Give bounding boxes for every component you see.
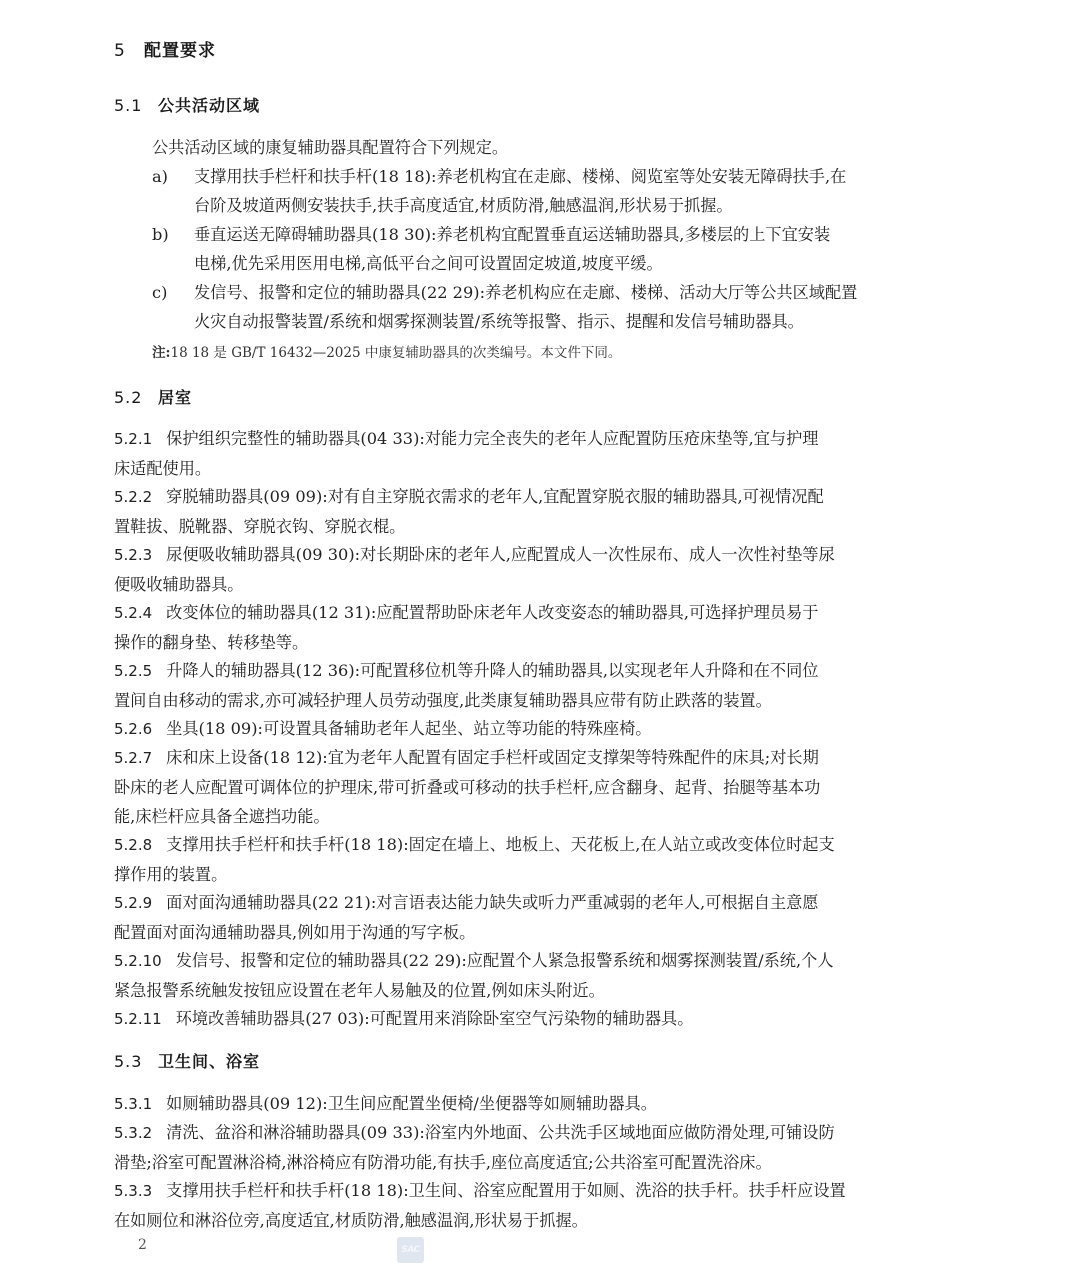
clause-number: 5.2.7: [114, 744, 152, 773]
clause-text-continued: 撑作用的装置。: [114, 860, 835, 889]
section-number: 5: [114, 41, 144, 61]
item-text-continued: 台阶及坡道两侧安装扶手,扶手高度适宜,材质防滑,触感温润,形状易于抓握。: [152, 191, 846, 220]
note-label: 注:: [152, 345, 170, 361]
note-text: 18 18 是 GB/T 16432—2025 中康复辅助器具的次类编号。本文件…: [170, 345, 621, 361]
subsection-number: 5.3: [114, 1052, 158, 1071]
item-letter: c): [152, 278, 194, 307]
subsection-heading-5-2: 5.2居室: [114, 385, 192, 408]
section-heading: 5配置要求: [114, 36, 216, 61]
clause-text-continued: 滑垫;浴室可配置淋浴椅,淋浴椅应有防滑功能,有扶手,座位高度适宜;公共浴室可配置…: [114, 1148, 835, 1177]
clause-5-2-6: 5.2.6坐具(18 09):可设置具备辅助老年人起坐、站立等功能的特殊座椅。: [114, 714, 651, 744]
clause-5-2-3: 5.2.3尿便吸收辅助器具(09 30):对长期卧床的老年人,应配置成人一次性尿…: [114, 540, 835, 599]
clause-text-continued: 便吸收辅助器具。: [114, 570, 835, 599]
clause-text: 面对面沟通辅助器具(22 21):对言语表达能力缺失或听力严重减弱的老年人,可根…: [166, 893, 818, 912]
clause-text: 改变体位的辅助器具(12 31):应配置帮助卧床老年人改变姿态的辅助器具,可选择…: [166, 603, 818, 622]
subsection-title: 公共活动区域: [158, 96, 260, 115]
clause-5-2-10: 5.2.10发信号、报警和定位的辅助器具(22 29):应配置个人紧急报警系统和…: [114, 946, 834, 1005]
clause-number: 5.2.2: [114, 483, 152, 512]
item-text: 垂直运送无障碍辅助器具(18 30):养老机构宜配置垂直运送辅助器具,多楼层的上…: [194, 225, 830, 244]
clause-text-continued: 床适配使用。: [114, 454, 819, 483]
clause-text: 如厕辅助器具(09 12):卫生间应配置坐便椅/坐便器等如厕辅助器具。: [166, 1094, 657, 1113]
intro-paragraph: 公共活动区域的康复辅助器具配置符合下列规定。: [152, 133, 508, 162]
subsection-title: 居室: [158, 388, 192, 407]
subsection-number: 5.2: [114, 388, 158, 407]
clause-number: 5.2.6: [114, 715, 152, 744]
clause-text: 发信号、报警和定位的辅助器具(22 29):应配置个人紧急报警系统和烟雾探测装置…: [176, 951, 834, 970]
subsection-title: 卫生间、浴室: [158, 1052, 260, 1071]
item-text: 发信号、报警和定位的辅助器具(22 29):养老机构应在走廊、楼梯、活动大厅等公…: [194, 283, 857, 302]
clause-text: 支撑用扶手栏杆和扶手杆(18 18):固定在墙上、地板上、天花板上,在人站立或改…: [166, 835, 835, 854]
section-title: 配置要求: [144, 41, 216, 61]
clause-text: 坐具(18 09):可设置具备辅助老年人起坐、站立等功能的特殊座椅。: [166, 719, 651, 738]
note: 注:18 18 是 GB/T 16432—2025 中康复辅助器具的次类编号。本…: [152, 341, 621, 361]
item-text-continued: 电梯,优先采用医用电梯,高低平台之间可设置固定坡道,坡度平缓。: [152, 249, 830, 278]
clause-number: 5.2.5: [114, 657, 152, 686]
clause-number: 5.2.3: [114, 541, 152, 570]
clause-text: 升降人的辅助器具(12 36):可配置移位机等升降人的辅助器具,以实现老年人升降…: [166, 661, 818, 680]
clause-text: 环境改善辅助器具(27 03):可配置用来消除卧室空气污染物的辅助器具。: [176, 1009, 694, 1028]
clause-text-continued: 操作的翻身垫、转移垫等。: [114, 628, 819, 657]
clause-5-3-2: 5.3.2清洗、盆浴和淋浴辅助器具(09 33):浴室内外地面、公共洗手区域地面…: [114, 1118, 835, 1177]
clause-5-2-7: 5.2.7床和床上设备(18 12):宜为老年人配置有固定手栏杆或固定支撑架等特…: [114, 743, 820, 831]
clause-text: 床和床上设备(18 12):宜为老年人配置有固定手栏杆或固定支撑架等特殊配件的床…: [166, 748, 819, 767]
clause-5-2-9: 5.2.9面对面沟通辅助器具(22 21):对言语表达能力缺失或听力严重减弱的老…: [114, 888, 819, 947]
clause-number: 5.3.2: [114, 1119, 152, 1148]
clause-number: 5.2.4: [114, 599, 152, 628]
document-page: 5配置要求 5.1公共活动区域 公共活动区域的康复辅助器具配置符合下列规定。 a…: [0, 0, 1080, 1273]
clause-text: 穿脱辅助器具(09 09):对有自主穿脱衣需求的老年人,宜配置穿脱衣服的辅助器具…: [166, 487, 823, 506]
item-letter: a): [152, 162, 194, 191]
clause-5-3-1: 5.3.1如厕辅助器具(09 12):卫生间应配置坐便椅/坐便器等如厕辅助器具。: [114, 1089, 657, 1119]
clause-number: 5.2.8: [114, 831, 152, 860]
clause-number: 5.3.1: [114, 1090, 152, 1119]
clause-number: 5.2.11: [114, 1005, 162, 1034]
clause-5-2-4: 5.2.4改变体位的辅助器具(12 31):应配置帮助卧床老年人改变姿态的辅助器…: [114, 598, 819, 657]
clause-number: 5.3.3: [114, 1177, 152, 1206]
item-text-continued: 火灾自动报警装置/系统和烟雾探测装置/系统等报警、指示、提醒和发信号辅助器具。: [152, 307, 857, 336]
clause-text: 清洗、盆浴和淋浴辅助器具(09 33):浴室内外地面、公共洗手区域地面应做防滑处…: [166, 1123, 835, 1142]
page-number: 2: [138, 1237, 147, 1253]
clause-text: 保护组织完整性的辅助器具(04 33):对能力完全丧失的老年人应配置防压疮床垫等…: [166, 429, 818, 448]
clause-5-2-5: 5.2.5升降人的辅助器具(12 36):可配置移位机等升降人的辅助器具,以实现…: [114, 656, 819, 715]
sac-logo-icon: SAC: [397, 1237, 424, 1263]
item-text: 支撑用扶手栏杆和扶手杆(18 18):养老机构宜在走廊、楼梯、阅览室等处安装无障…: [194, 167, 846, 186]
subsection-number: 5.1: [114, 96, 158, 115]
clause-text-continued: 配置面对面沟通辅助器具,例如用于沟通的写字板。: [114, 918, 819, 947]
list-item-c: c)发信号、报警和定位的辅助器具(22 29):养老机构应在走廊、楼梯、活动大厅…: [152, 278, 857, 336]
clause-5-2-11: 5.2.11环境改善辅助器具(27 03):可配置用来消除卧室空气污染物的辅助器…: [114, 1004, 693, 1034]
clause-text-continued: 置间自由移动的需求,亦可减轻护理人员劳动强度,此类康复辅助器具应带有防止跌落的装…: [114, 686, 819, 715]
clause-5-2-1: 5.2.1保护组织完整性的辅助器具(04 33):对能力完全丧失的老年人应配置防…: [114, 424, 819, 483]
clause-5-2-2: 5.2.2穿脱辅助器具(09 09):对有自主穿脱衣需求的老年人,宜配置穿脱衣服…: [114, 482, 824, 541]
clause-text-continued: 置鞋拔、脱靴器、穿脱衣钩、穿脱衣棍。: [114, 512, 824, 541]
clause-text-continued: 卧床的老人应配置可调体位的护理床,带可折叠或可移动的扶手栏杆,应含翻身、起背、抬…: [114, 773, 820, 802]
clause-number: 5.2.1: [114, 425, 152, 454]
clause-text: 尿便吸收辅助器具(09 30):对长期卧床的老年人,应配置成人一次性尿布、成人一…: [166, 545, 835, 564]
list-item-b: b)垂直运送无障碍辅助器具(18 30):养老机构宜配置垂直运送辅助器具,多楼层…: [152, 220, 830, 278]
clause-number: 5.2.10: [114, 947, 162, 976]
subsection-heading-5-3: 5.3卫生间、浴室: [114, 1049, 260, 1072]
clause-number: 5.2.9: [114, 889, 152, 918]
clause-text-continued: 能,床栏杆应具备全遮挡功能。: [114, 802, 820, 831]
subsection-heading-5-1: 5.1公共活动区域: [114, 93, 260, 116]
clause-text-continued: 紧急报警系统触发按钮应设置在老年人易触及的位置,例如床头附近。: [114, 976, 834, 1005]
item-letter: b): [152, 220, 194, 249]
clause-5-3-3: 5.3.3支撑用扶手栏杆和扶手杆(18 18):卫生间、浴室应配置用于如厕、洗浴…: [114, 1176, 846, 1235]
clause-5-2-8: 5.2.8支撑用扶手栏杆和扶手杆(18 18):固定在墙上、地板上、天花板上,在…: [114, 830, 835, 889]
list-item-a: a)支撑用扶手栏杆和扶手杆(18 18):养老机构宜在走廊、楼梯、阅览室等处安装…: [152, 162, 846, 220]
clause-text: 支撑用扶手栏杆和扶手杆(18 18):卫生间、浴室应配置用于如厕、洗浴的扶手杆。…: [166, 1181, 846, 1200]
clause-text-continued: 在如厕位和淋浴位旁,高度适宜,材质防滑,触感温润,形状易于抓握。: [114, 1206, 846, 1235]
